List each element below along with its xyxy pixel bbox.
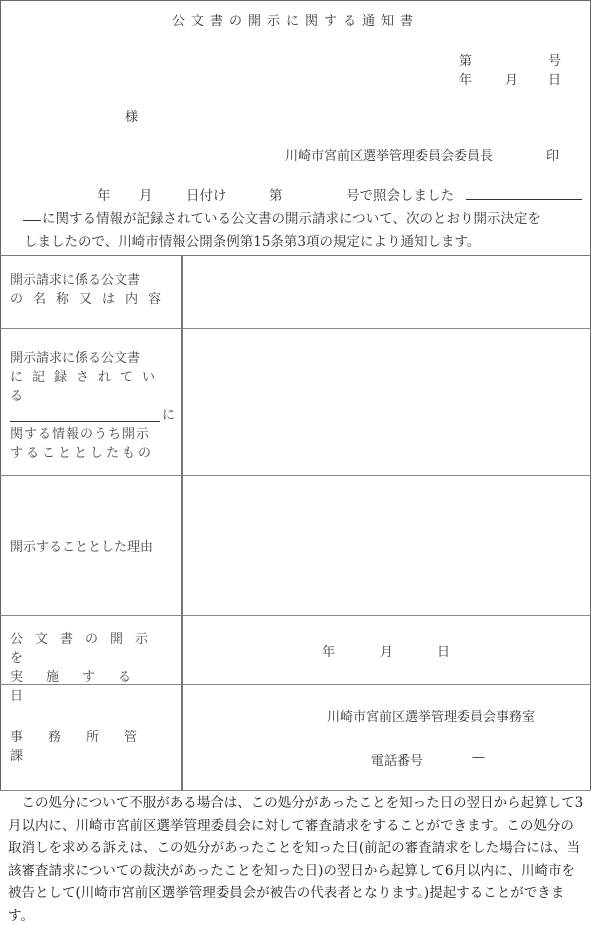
intro-dai: 第 <box>269 184 283 204</box>
blank-line <box>10 409 160 422</box>
label-line: することとしたもの <box>10 444 174 463</box>
date-day: 日 <box>548 69 561 88</box>
row-label: 開示請求に係る公文書 に記録されている に 関する情報のうち開示 することとした… <box>10 349 174 463</box>
disclosure-table: 開示請求に係る公文書 の名称又は内容 開示請求に係る公文書 に記録されている に… <box>0 255 591 256</box>
number-go: 号 <box>548 50 561 69</box>
label-line: 事務所管課 <box>10 728 174 766</box>
intro-line2: に関する情報が記録されている公文書の開示請求について、次のとおり開示決定を <box>42 207 541 227</box>
impl-year: 年 <box>322 641 335 660</box>
label-line: 関する情報のうち開示 <box>10 425 174 444</box>
table-row: 事務所管課 川崎市宮前区選挙管理委員会事務室 電話番号 — <box>0 685 591 791</box>
intro-year: 年 <box>97 184 111 204</box>
label-line: に <box>10 406 174 425</box>
subject-blank-line-cont <box>23 208 41 221</box>
date-month: 月 <box>505 69 518 88</box>
row-label: 開示請求に係る公文書 の名称又は内容 <box>10 271 174 309</box>
label-ni: に <box>162 406 175 425</box>
label-line: 公文書の開示を <box>10 630 174 668</box>
impl-day: 日 <box>437 641 450 660</box>
intro-line3: しましたので、川崎市情報公開条例第15条第3項の規定により通知します。 <box>24 230 480 250</box>
row-label: 開示することとした理由 <box>10 538 174 557</box>
table-row: 開示請求に係る公文書 の名称又は内容 <box>0 256 591 329</box>
phone-label: 電話番号 <box>371 750 423 769</box>
office-name: 川崎市宮前区選挙管理委員会事務室 <box>327 706 535 725</box>
seal-mark: 印 <box>546 145 559 164</box>
addressee-suffix: 様 <box>125 106 138 125</box>
phone-dash: — <box>472 750 485 765</box>
table-row: 開示することとした理由 <box>0 476 591 616</box>
column-divider <box>181 255 183 790</box>
label-line: の名称又は内容 <box>10 290 174 309</box>
intro-rest: 号で照会しました <box>346 184 454 204</box>
table-row: 開示請求に係る公文書 に記録されている に 関する情報のうち開示 することとした… <box>0 329 591 476</box>
table-row: 公文書の開示を 実施する日 年 月 日 <box>0 616 591 685</box>
issuer-name: 川崎市宮前区選挙管理委員会委員長 <box>285 145 493 164</box>
label-line: 開示請求に係る公文書 <box>10 271 174 290</box>
label-line: に記録されている <box>10 368 174 406</box>
row-label: 事務所管課 <box>10 728 174 766</box>
appeal-notice: この処分について不服がある場合は、この処分があったことを知った日の翌日から起算し… <box>8 792 584 925</box>
intro-day: 日付け <box>186 184 227 204</box>
number-dai: 第 <box>459 50 472 69</box>
document-title: 公文書の開示に関する通知書 <box>0 10 591 29</box>
impl-month: 月 <box>380 641 393 660</box>
subject-blank-line <box>466 187 582 200</box>
intro-month: 月 <box>139 184 153 204</box>
label-line: 開示請求に係る公文書 <box>10 349 174 368</box>
label-line: 開示することとした理由 <box>10 538 174 557</box>
appeal-notice-text: この処分について不服がある場合は、この処分があったことを知った日の翌日から起算し… <box>8 792 584 925</box>
date-year: 年 <box>459 69 472 88</box>
